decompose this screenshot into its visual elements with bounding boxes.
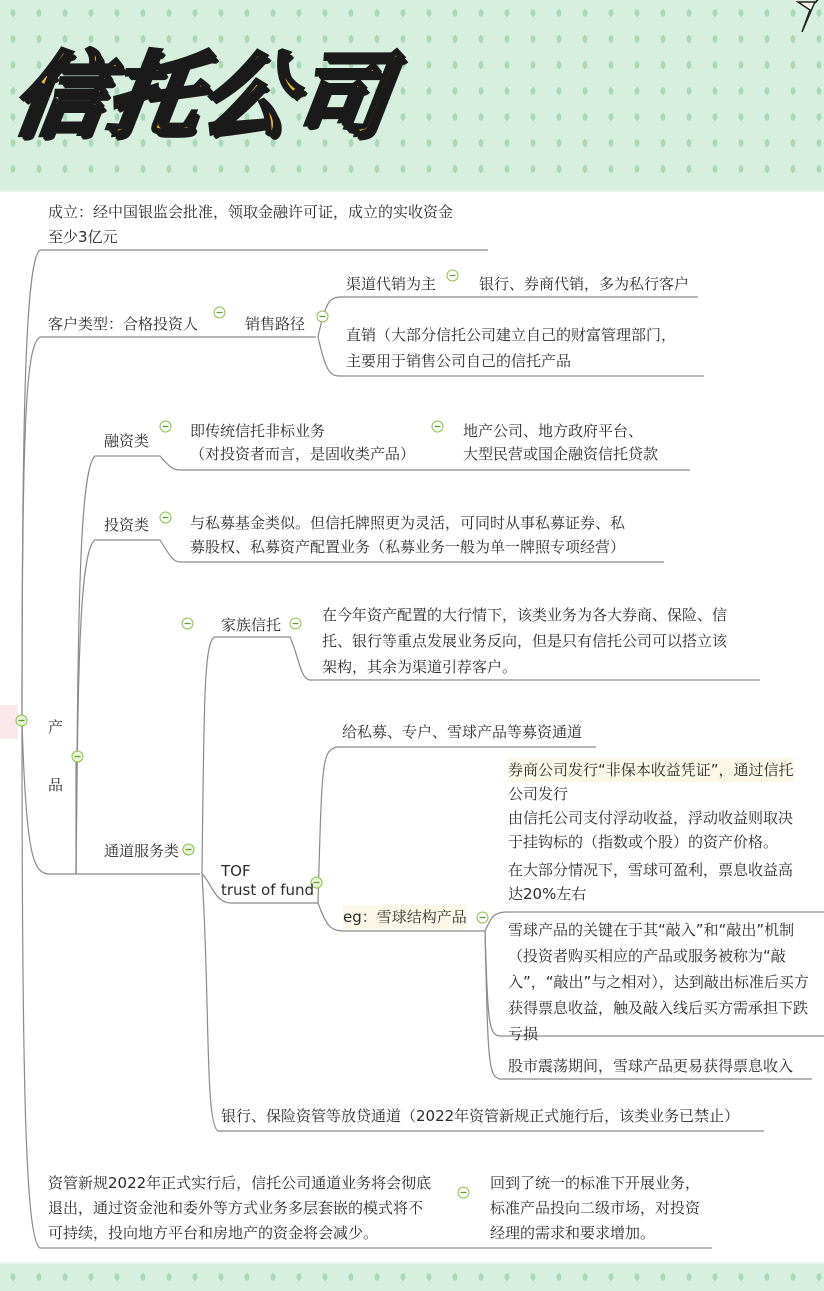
snowball-point-1-line: 由信托公司支付浮动收益，浮动收益则取决: [508, 806, 793, 830]
family-trust-desc-line2: 托、银行等重点发展业务反向，但是只有信托公司可以搭立该: [322, 629, 727, 653]
collapse-icon[interactable]: [289, 617, 302, 630]
tof-node[interactable]: TOF: [221, 862, 251, 881]
snowball-point-2-line: 亏损: [508, 1022, 538, 1046]
financing-desc-line2: （对投资者而言，是固收类产品）: [190, 442, 415, 466]
sales-path-node[interactable]: 销售路径: [245, 312, 305, 336]
investment-desc[interactable]: 与私募基金类似。但信托牌照更为灵活，可同时从事私募证券、私: [190, 511, 625, 535]
collapse-icon[interactable]: [181, 617, 194, 630]
family-trust-node[interactable]: 家族信托: [221, 613, 281, 637]
collapse-icon[interactable]: [159, 420, 172, 433]
snowball-point-2-line: 入”，“敲出”与之相对），达到敲出标准后买方: [508, 970, 809, 994]
snowball-node[interactable]: eg：雪球结构产品: [343, 905, 467, 929]
establishment-node[interactable]: 成立：经中国银监会批准，领取金融许可证，成立的实收资金: [48, 200, 453, 224]
collapse-icon[interactable]: [213, 306, 226, 319]
snowball-point-1[interactable]: 券商公司发行“非保本收益凭证”，通过信托: [508, 758, 794, 782]
tof-node-line2: trust of fund: [221, 881, 314, 900]
snowball-point-1-line: 于挂钩标的（指数或个股）的资产价格。: [508, 830, 778, 854]
regulation-outcome[interactable]: 回到了统一的标准下开展业务，: [490, 1171, 700, 1195]
regulation-node-line2: 退出，通过资金池和委外等方式业务多层套嵌的模式将不: [48, 1196, 423, 1220]
regulation-outcome-line3: 经理的需求和要求增加。: [490, 1221, 655, 1245]
channel-services-node[interactable]: 通道服务类: [104, 839, 179, 863]
financing-node[interactable]: 融资类: [104, 429, 149, 453]
financing-target[interactable]: 地产公司、地方政府平台、: [463, 419, 643, 443]
collapse-icon[interactable]: [431, 420, 444, 433]
establishment-node-line2: 至少3亿元: [48, 225, 118, 249]
investment-desc-line2: 募股权、私募资产配置业务（私募业务一般为单一牌照专项经营）: [190, 535, 625, 559]
collapse-icon[interactable]: [457, 1186, 470, 1199]
collapse-icon[interactable]: [476, 911, 489, 924]
collapse-icon[interactable]: [71, 750, 84, 763]
collapse-icon[interactable]: [182, 843, 195, 856]
snowball-point-2-line: 获得票息收益，触及敲入线后买方需承担下跌: [508, 996, 808, 1020]
snowball-point-1-line: 公司发行: [508, 782, 568, 806]
footer-banner: [0, 1262, 824, 1291]
channel-distribution-detail[interactable]: 银行、券商代销，多为私行客户: [479, 272, 689, 296]
root-node-char-1[interactable]: 产: [48, 715, 63, 739]
snowball-point-3[interactable]: 股市震荡期间，雪球产品更易获得票息收入: [508, 1054, 793, 1078]
collapse-icon[interactable]: [159, 511, 172, 524]
family-trust-desc[interactable]: 在今年资产配置的大行情下，该类业务为各大券商、保险、信: [322, 603, 727, 627]
bank-loan-channel-node[interactable]: 银行、保险资管等放贷通道（2022年资管新规正式施行后，该类业务已禁止）: [221, 1104, 739, 1128]
financing-target-line2: 大型民营或国企融资信托贷款: [463, 442, 658, 466]
customer-type-node[interactable]: 客户类型：合格投资人: [48, 312, 198, 336]
collapse-icon[interactable]: [446, 269, 459, 282]
snowball-point-1-line: 在大部分情况下，雪球可盈利，票息收益高: [508, 858, 793, 882]
regulation-outcome-line2: 标准产品投向二级市场，对投资: [490, 1196, 700, 1220]
fundraising-channel-node[interactable]: 给私募、专户、雪球产品等募资通道: [342, 720, 582, 744]
snowball-point-1-line: 达20%左右: [508, 882, 586, 906]
direct-sales-node-line2: 主要用于销售公司自己的信托产品: [346, 349, 571, 373]
investment-node[interactable]: 投资类: [104, 513, 149, 537]
direct-sales-node[interactable]: 直销（大部分信托公司建立自己的财富管理部门，: [346, 323, 676, 347]
channel-distribution-node[interactable]: 渠道代销为主: [346, 272, 436, 296]
regulation-node-line3: 可持续，投向地方平台和房地产的资金将会减少。: [48, 1221, 378, 1245]
financing-desc[interactable]: 即传统信托非标业务: [190, 419, 325, 443]
family-trust-desc-line3: 架构，其余为渠道引荐客户。: [322, 655, 517, 679]
snowball-point-2[interactable]: 雪球产品的关键在于其“敲入”和“敲出”机制: [508, 918, 794, 942]
root-node-char-2[interactable]: 品: [48, 773, 63, 797]
collapse-icon[interactable]: [316, 310, 329, 323]
regulation-node[interactable]: 资管新规2022年正式实行后，信托公司通道业务将会彻底: [48, 1171, 431, 1195]
snowball-point-2-line: （投资者购买相应的产品或服务被称为“敲: [508, 944, 786, 968]
collapse-icon[interactable]: [15, 714, 28, 727]
